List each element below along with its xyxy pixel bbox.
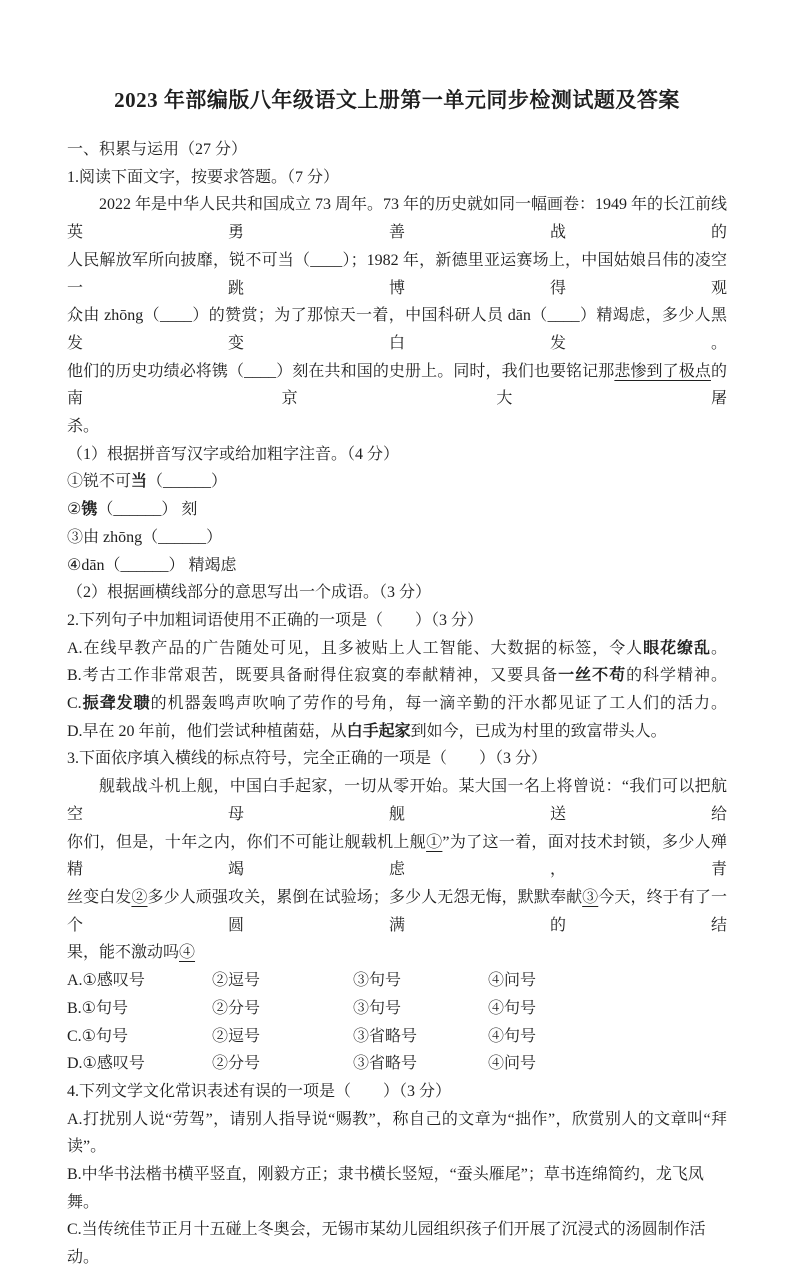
text-run: ①锐不可 [67,473,131,490]
text-run: 悲惨到了极点 [614,363,711,380]
q1-passage-line: 2022 年是中华人民共和国成立 73 周年。73 年的历史就如同一幅画卷：19… [67,191,727,246]
q4-option-b: B.中华书法楷书横平竖直，刚毅方正；隶书横长竖短，“蚕头雁尾”；草书连绵简约，龙… [67,1161,727,1216]
q3-option-cell: B.①句号 [67,995,212,1023]
q1-sub1-item-1: ①锐不可当（______） [67,468,727,496]
text-run: （______） 刻 [97,501,197,518]
q3-option-cell: ④句号 [488,1023,727,1051]
q4-stem: 4.下列文学文化常识表述有误的一项是（ ）（3 分） [67,1078,727,1106]
q3-option-cell: C.①句号 [67,1023,212,1051]
text-run: B.考古工作非常艰苦，既要具备耐得住寂寞的奉献精神，又要具备 [67,667,558,684]
text-run: 读”。 [67,1138,106,1155]
text-run: 眼花缭乱 [643,640,711,657]
q1-passage-line: 他们的历史功绩必将镌（____）刻在共和国的史册上。同时，我们也要铭记那悲惨到了… [67,358,727,413]
text-run: 当 [131,473,147,490]
q2-option-c: C.振聋发聩的机器轰鸣声吹响了劳作的号角，每一滴辛勤的汗水都见证了工人们的活力。 [67,690,727,718]
q3-passage-line: 果，能不激动吗④ [67,939,727,967]
q1-passage-line: 杀。 [67,413,727,441]
q1-passage-line: 人民解放军所向披靡，锐不可当（____）；1982 年，新德里亚运赛场上，中国姑… [67,247,727,302]
q3-option-row-c: C.①句号 ②逗号 ③省略号 ④句号 [67,1023,727,1051]
text-run: 杀。 [67,418,99,435]
text-run: 人民解放军所向披靡，锐不可当（____）；1982 年，新德里亚运赛场上，中国姑… [67,252,727,297]
q4-option-a-line2: 读”。 [67,1133,727,1161]
text-run: 多少人顽强攻关，累倒在试验场；多少人无怨无悔，默默奉献 [148,889,583,906]
document-page: 2023 年部编版八年级语文上册第一单元同步检测试题及答案 一、积累与运用（27… [0,0,793,1122]
text-run: ④dān（______） 精竭虑 [67,557,236,574]
q3-option-cell: ②逗号 [212,967,353,995]
q3-option-row-d: D.①感叹号 ②分号 ③省略号 ④问号 [67,1050,727,1078]
text-run: C. [67,695,82,712]
q3-option-cell: ③省略号 [353,1023,488,1051]
q1-sub2-stem: （2）根据画横线部分的意思写出一个成语。（3 分） [67,579,727,607]
q2-stem: 2.下列句子中加粗词语使用不正确的一项是（ ）（3 分） [67,607,727,635]
text-run: ④ [179,944,195,961]
text-run: 一丝不苟 [558,667,626,684]
text-run: 2022 年是中华人民共和国成立 73 周年。73 年的历史就如同一幅画卷：19… [67,196,727,241]
q1-passage: 2022 年是中华人民共和国成立 73 周年。73 年的历史就如同一幅画卷：19… [67,191,727,440]
q3-option-cell: ④问号 [488,1050,727,1078]
q3-option-cell: ②分号 [212,995,353,1023]
q4-option-a-line1: A.打扰别人说“劳驾”，请别人指导说“赐教”，称自己的文章为“拙作”，欣赏别人的… [67,1106,727,1134]
text-run: A.在线早教产品的广告随处可见，且多被贴上人工智能、大数据的标签，令人 [67,640,643,657]
text-run: ② [67,501,81,518]
q1-sub1-stem: （1）根据拼音写汉字或给加粗字注音。（4 分） [67,441,727,469]
q3-option-cell: A.①感叹号 [67,967,212,995]
q1-sub1-item-3: ③由 zhōng（______） [67,524,727,552]
q3-option-cell: ③省略号 [353,1050,488,1078]
page-title: 2023 年部编版八年级语文上册第一单元同步检测试题及答案 [67,84,727,117]
q3-option-cell: ②分号 [212,1050,353,1078]
text-run: ① [426,834,442,851]
text-run: 白手起家 [347,723,411,740]
text-run: （______） [147,473,227,490]
text-run: ② [131,889,147,906]
q3-option-cell: ②逗号 [212,1023,353,1051]
q2-option-a: A.在线早教产品的广告随处可见，且多被贴上人工智能、大数据的标签，令人眼花缭乱。 [67,635,727,663]
q3-option-cell: ④问号 [488,967,727,995]
q3-passage-line: 丝变白发②多少人顽强攻关，累倒在试验场；多少人无怨无悔，默默奉献③今天，终于有了… [67,884,727,939]
text-run: 镌 [81,501,97,518]
text-run: ③由 zhōng（______） [67,529,222,546]
q2-option-b: B.考古工作非常艰苦，既要具备耐得住寂寞的奉献精神，又要具备一丝不苟的科学精神。 [67,662,727,690]
text-run: 的科学精神。 [626,667,727,684]
text-run: 你们，但是，十年之内，你们不可能让舰载机上舰 [67,834,426,851]
text-run: ③ [582,889,598,906]
q3-option-row-b: B.①句号 ②分号 ③句号 ④句号 [67,995,727,1023]
q3-stem: 3.下面依序填入横线的标点符号，完全正确的一项是（ ）（3 分） [67,745,727,773]
text-run: 舰载战斗机上舰，中国白手起家，一切从零开始。某大国一名上将曾说：“我们可以把航空… [67,778,727,823]
section-heading: 一、积累与运用（27 分） [67,136,727,164]
q3-option-row-a: A.①感叹号 ②逗号 ③句号 ④问号 [67,967,727,995]
q3-passage: 舰载战斗机上舰，中国白手起家，一切从零开始。某大国一名上将曾说：“我们可以把航空… [67,773,727,967]
q3-option-cell: ③句号 [353,995,488,1023]
text-run: 众由 zhōng（____）的赞赏；为了那惊天一着，中国科研人员 dān（___… [67,307,727,352]
q3-option-cell: ④句号 [488,995,727,1023]
q1-stem: 1.阅读下面文字，按要求答题。（7 分） [67,164,727,192]
q1-sub1-item-2: ②镌（______） 刻 [67,496,727,524]
text-run: D.早在 20 年前，他们尝试种植菌菇，从 [67,723,347,740]
text-run: A.打扰别人说“劳驾”，请别人指导说“赐教”，称自己的文章为“拙作”，欣赏别人的… [67,1111,727,1128]
q3-option-cell: D.①感叹号 [67,1050,212,1078]
text-run: 的机器轰鸣声吹响了劳作的号角，每一滴辛勤的汗水都见证了工人们的活力。 [151,695,727,712]
q3-passage-line: 舰载战斗机上舰，中国白手起家，一切从零开始。某大国一名上将曾说：“我们可以把航空… [67,773,727,828]
q1-passage-line: 众由 zhōng（____）的赞赏；为了那惊天一着，中国科研人员 dān（___… [67,302,727,357]
q4-option-c: C.当传统佳节正月十五碰上冬奥会，无锡市某幼儿园组织孩子们开展了沉浸式的汤圆制作… [67,1216,727,1271]
text-run: 到如今，已成为村里的致富带头人。 [411,723,667,740]
text-run: 他们的历史功绩必将镌（____）刻在共和国的史册上。同时，我们也要铭记那 [67,363,614,380]
text-run: 。 [711,640,727,657]
text-run: 振聋发聩 [82,695,151,712]
q3-passage-line: 你们，但是，十年之内，你们不可能让舰载机上舰①”为了这一着，面对技术封锁，多少人… [67,829,727,884]
q3-option-cell: ③句号 [353,967,488,995]
text-run: 丝变白发 [67,889,131,906]
q1-sub1-item-4: ④dān（______） 精竭虑 [67,552,727,580]
text-run: 果，能不激动吗 [67,944,179,961]
q2-option-d: D.早在 20 年前，他们尝试种植菌菇，从白手起家到如今，已成为村里的致富带头人… [67,718,727,746]
